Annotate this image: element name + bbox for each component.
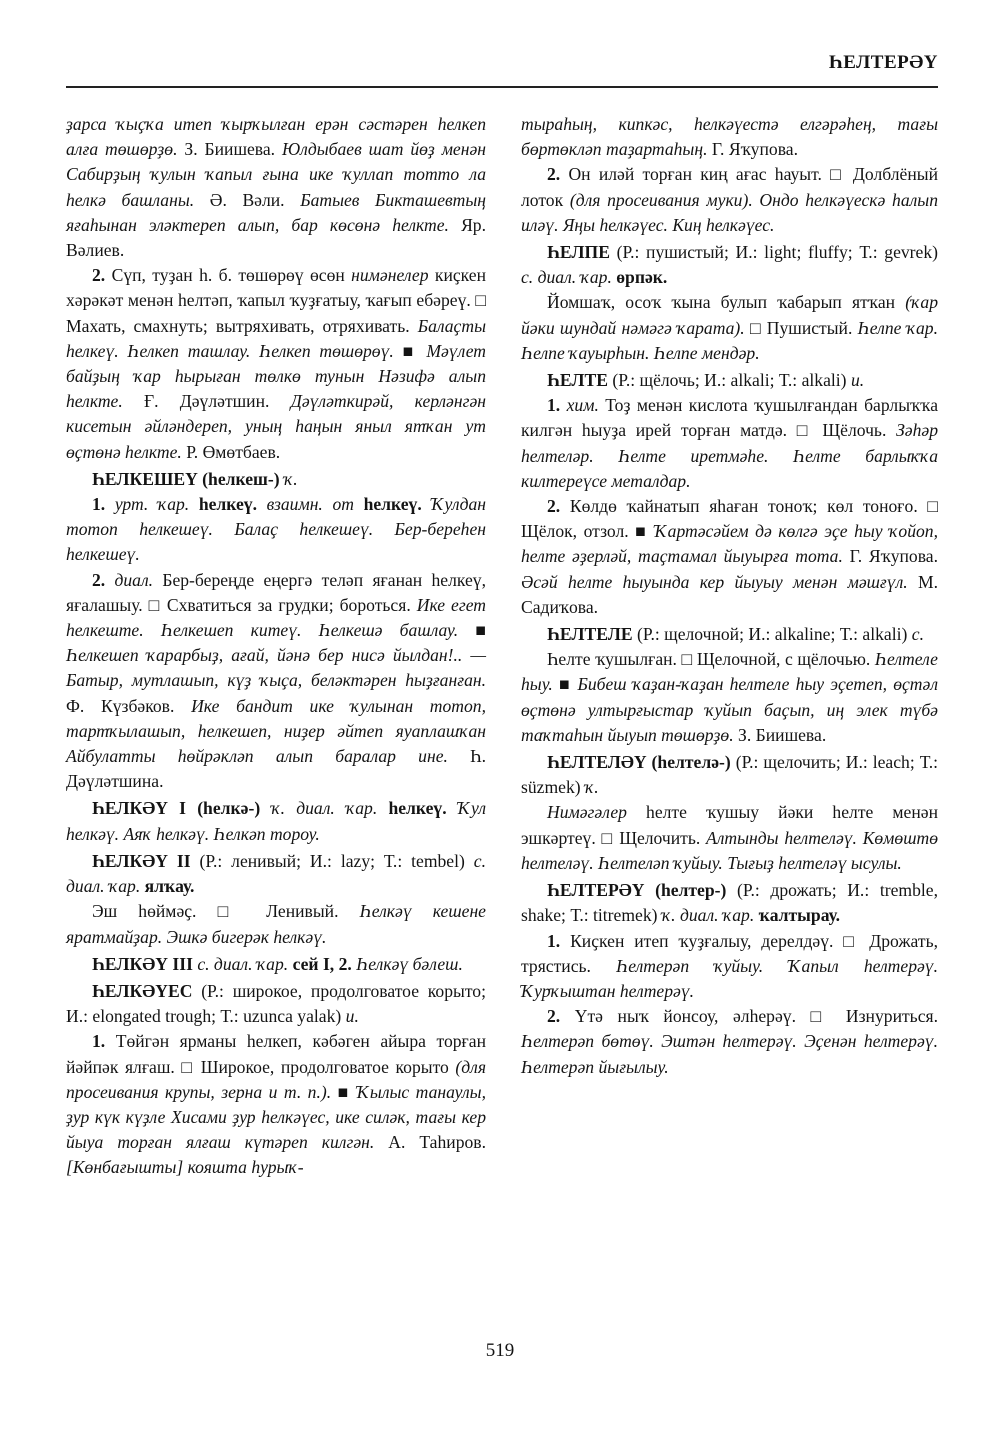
dictionary-paragraph: Эш һөймәҫ. □ Ленивый. Һелкәү кешене ярат… bbox=[66, 899, 486, 949]
italic-text: Әсәй һелте һыуында кер йыуыу менән мәшғү… bbox=[521, 572, 918, 592]
italic-text: ҡ. bbox=[585, 777, 599, 797]
text: Г. Яҡупова. bbox=[850, 546, 938, 566]
dictionary-paragraph: Нимәгәлер һелте ҡушыу йәки һелте менән э… bbox=[521, 800, 938, 876]
italic-text: Бибеш ҡаҙан-ҡаҙан һелтеле һыу эҫетеп, өҫ… bbox=[521, 674, 938, 744]
text: З. Биишева. bbox=[738, 725, 826, 745]
italic-text: взаимн. от bbox=[267, 494, 364, 514]
italic-text: урт. ҡар. bbox=[115, 494, 199, 514]
left-column: ҙарса ҡыҫҡа итеп ҡырҡылған ерән сәстәрен… bbox=[66, 112, 486, 1181]
text: (Р.: щелочной; И.: alkaline; Т.: alkali) bbox=[637, 624, 912, 644]
text: Эш һөймәҫ. □ Ленивый. bbox=[92, 901, 360, 921]
bold-text: һелкеү. bbox=[388, 798, 457, 818]
italic-text: диал. bbox=[114, 570, 162, 590]
text: (Р.: ленивый; И.: lazy; Т.: tembel) bbox=[200, 851, 474, 871]
dictionary-paragraph: 1. хим. Тоҙ менән кислота ҡушылғандан ба… bbox=[521, 393, 938, 494]
dictionary-paragraph: 2. Он иләй торған киң ағас һауыт. □ Долб… bbox=[521, 162, 938, 238]
dictionary-paragraph: Йомшаҡ, осоҡ ҡына булып ҡабарып ятҡан (ҡ… bbox=[521, 290, 938, 366]
dictionary-paragraph: 2. Үтә ныҡ йонсоу, әлһерәү. □ Изнуриться… bbox=[521, 1004, 938, 1080]
italic-text: и. bbox=[851, 370, 864, 390]
text: Ә. Вәли. bbox=[210, 190, 300, 210]
bold-text: һелкеү. bbox=[364, 494, 432, 514]
italic-text: и. bbox=[346, 1006, 359, 1026]
bold-text: 2. bbox=[92, 265, 112, 285]
bold-text: ҺЕЛКӘҮ III bbox=[92, 954, 197, 974]
page-number: 519 bbox=[0, 1340, 1000, 1362]
text: (Р.: пушистый; И.: light; fluffy; Т.: ge… bbox=[617, 242, 938, 262]
text: ■ bbox=[338, 1082, 357, 1102]
dictionary-entry-headword-paragraph: ҺЕЛКӘҮЕС (Р.: широкое, продолговатое кор… bbox=[66, 979, 486, 1029]
italic-text: с. bbox=[912, 624, 924, 644]
dictionary-entry-headword-paragraph: ҺЕЛТЕЛЕ (Р.: щелочной; И.: alkaline; Т.:… bbox=[521, 622, 938, 647]
text: ■ bbox=[475, 620, 486, 640]
text: З. Биишева. bbox=[184, 139, 282, 159]
dictionary-entry-headword-paragraph: ҺЕЛКӘҮ II (Р.: ленивый; И.: lazy; Т.: te… bbox=[66, 849, 486, 899]
bold-text: ҺЕЛТЕЛӘҮ (һелтелә-) bbox=[547, 752, 736, 772]
dictionary-entry-headword-paragraph: ҺЕЛКЕШЕҮ (һелкеш-) ҡ. bbox=[66, 467, 486, 492]
italic-text: [Көнбағышты] кояшта һурыҡ- bbox=[66, 1157, 304, 1177]
bold-text: ҺЕЛКӘҮЕС bbox=[92, 981, 201, 1001]
text: Йомшаҡ, осоҡ ҡына булып ҡабарып ятҡан bbox=[547, 292, 905, 312]
dictionary-entry-headword-paragraph: ҺЕЛКӘҮ I (һелкә-) ҡ. диал. ҡар. һелкеү. … bbox=[66, 796, 486, 846]
italic-text: Һелкәү бәлеш. bbox=[356, 954, 463, 974]
text: Һелте ҡушылған. □ Щелочной, с щёлочью. bbox=[547, 649, 875, 669]
italic-text: с. диал. ҡар. bbox=[521, 267, 616, 287]
italic-text: (для просеивания муки). Ондо һелкәүескә … bbox=[521, 190, 938, 235]
bold-text: сей I, 2. bbox=[293, 954, 357, 974]
italic-text: Һелтерәп бөтөү. Эштән һелтерәү. Эҫенән һ… bbox=[521, 1031, 938, 1076]
italic-text: ҡ. диал. ҡар. bbox=[662, 905, 759, 925]
italic-text: Нимәгәлер bbox=[547, 802, 646, 822]
bold-text: ҺЕЛТЕЛЕ bbox=[547, 624, 637, 644]
bold-text: 2. bbox=[92, 570, 114, 590]
dictionary-paragraph: тыраһың, кипкәс, һелкәүестә елгәрәһең, т… bbox=[521, 112, 938, 162]
bold-text: ҺЕЛПЕ bbox=[547, 242, 617, 262]
bold-text: 2. bbox=[547, 496, 570, 516]
bold-text: өрпәк. bbox=[616, 267, 667, 287]
bold-text: 1. bbox=[92, 494, 115, 514]
bold-text: 2. bbox=[547, 1006, 575, 1026]
dictionary-entry-headword-paragraph: ҺЕЛКӘҮ III с. диал. ҡар. сей I, 2. Һелкә… bbox=[66, 952, 486, 977]
text: Р. Өмөтбаев. bbox=[186, 442, 280, 462]
dictionary-paragraph: 1. Киҫкен итеп ҡуҙғалыу, дерелдәү. □ Дро… bbox=[521, 929, 938, 1005]
text: (Р.: щёлочь; И.: alkali; Т.: alkali) bbox=[612, 370, 851, 390]
text: Ғ. Дәүләтшин. bbox=[144, 391, 291, 411]
bold-text: 2. bbox=[547, 164, 568, 184]
dictionary-paragraph: 2. диал. Бер-береңде еңергә теләп яғанан… bbox=[66, 568, 486, 795]
bold-text: ҺЕЛКӘҮ I (һелкә-) bbox=[92, 798, 271, 818]
italic-text: Һелкешеп ҡарарбыҙ, ағай, йәнә бер нисә й… bbox=[66, 645, 486, 690]
bold-text: 1. bbox=[92, 1031, 116, 1051]
bold-text: ҡалтырау. bbox=[759, 905, 840, 925]
italic-text: с. диал. ҡар. bbox=[197, 954, 292, 974]
running-head: ҺЕЛТЕРӘҮ bbox=[829, 52, 938, 74]
bold-text: 1. bbox=[547, 395, 567, 415]
bold-text: ҺЕЛТЕ bbox=[547, 370, 612, 390]
bold-text: ҺЕЛТЕРӘҮ (һелтер-) bbox=[547, 880, 737, 900]
dictionary-paragraph: 1. Төйгән ярманы һелкеп, кәбәген айыра т… bbox=[66, 1029, 486, 1180]
bold-text: 1. bbox=[547, 931, 570, 951]
text: Төйгән ярманы һелкеп, кәбәген айыра торғ… bbox=[66, 1031, 486, 1076]
text: ■ bbox=[559, 674, 578, 694]
dictionary-entry-headword-paragraph: ҺЕЛПЕ (Р.: пушистый; И.: light; fluffy; … bbox=[521, 240, 938, 290]
dictionary-entry-headword-paragraph: ҺЕЛТЕРӘҮ (һелтер-) (Р.: дрожать; И.: tre… bbox=[521, 878, 938, 928]
bold-text: ялҡау. bbox=[145, 876, 195, 896]
italic-text: хим. bbox=[567, 395, 606, 415]
text: Сүп, туҙан һ. б. төшөрөү өсөн bbox=[112, 265, 352, 285]
dictionary-entry-headword-paragraph: ҺЕЛТЕ (Р.: щёлочь; И.: alkali; Т.: alkal… bbox=[521, 368, 938, 393]
bold-text: ҺЕЛКЕШЕҮ (һелкеш-) bbox=[92, 469, 284, 489]
dictionary-paragraph: 2. Сүп, туҙан һ. б. төшөрөү өсөн нимәнел… bbox=[66, 263, 486, 465]
bold-text: ҺЕЛКӘҮ II bbox=[92, 851, 200, 871]
italic-text: ҡ. диал. ҡар. bbox=[271, 798, 388, 818]
dictionary-paragraph: ҙарса ҡыҫҡа итеп ҡырҡылған ерән сәстәрен… bbox=[66, 112, 486, 263]
text: □ Пушистый. bbox=[750, 318, 858, 338]
bold-text: һелкеү. bbox=[199, 494, 267, 514]
text: ■ bbox=[403, 341, 427, 361]
dictionary-paragraph: 2. Көлдө ҡайнатып яһаған тоноҡ; көл тоно… bbox=[521, 494, 938, 620]
right-column: тыраһың, кипкәс, һелкәүестә елгәрәһең, т… bbox=[521, 112, 938, 1080]
text: Г. Яҡупова. bbox=[712, 139, 798, 159]
text: Ф. Күзбәков. bbox=[66, 696, 191, 716]
italic-text: нимәнелер bbox=[351, 265, 435, 285]
dictionary-entry-headword-paragraph: ҺЕЛТЕЛӘҮ (һелтелә-) (Р.: щелочить; И.: l… bbox=[521, 750, 938, 800]
dictionary-paragraph: Һелте ҡушылған. □ Щелочной, с щёлочью. Һ… bbox=[521, 647, 938, 748]
italic-text: ҡ. bbox=[284, 469, 298, 489]
header-rule bbox=[66, 86, 938, 88]
text: А. Таһиров. bbox=[388, 1132, 486, 1152]
text: Үтә ныҡ йонсоу, әлһерәү. □ Изнуриться. bbox=[575, 1006, 938, 1026]
dictionary-paragraph: 1. урт. ҡар. һелкеү. взаимн. от һелкеү. … bbox=[66, 492, 486, 568]
